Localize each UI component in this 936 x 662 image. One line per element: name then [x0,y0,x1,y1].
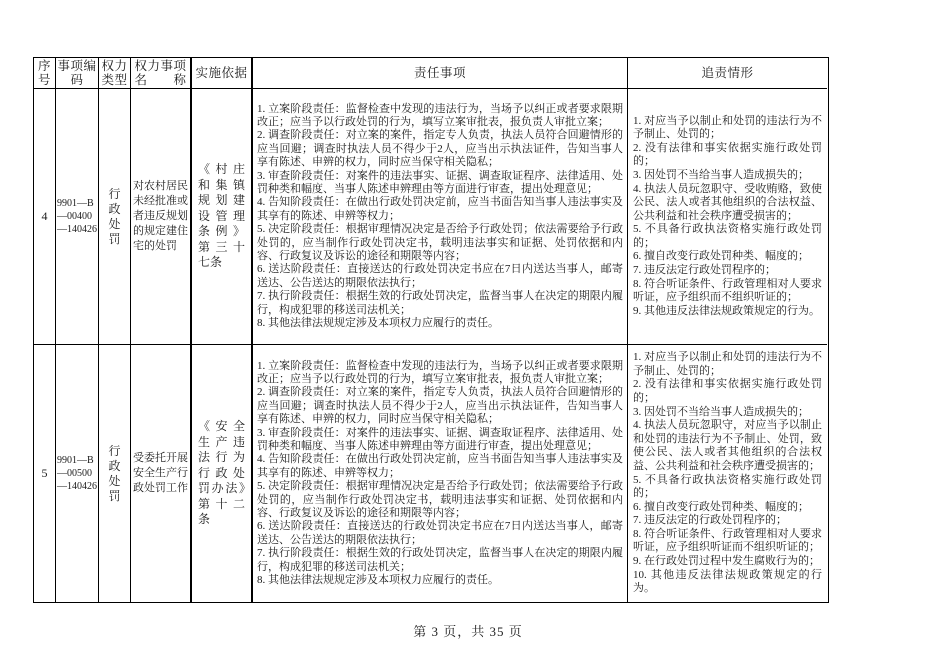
header-responsibility-items: 责任事项 [253,58,628,89]
accountability-situations-text: 1. 对应当予以制止和处罚的违法行为不予制止、处罚的； 2. 没有法律和事实依据… [628,115,827,319]
table-row-4-duties: 1. 立案阶段责任：监督检查中发现的违法行为，当场予以纠正或者要求限期改正；应当… [253,89,628,345]
header-power-type: 权力类型 [99,58,131,89]
header-power-item-name: 权力事项 名 称 [131,58,192,89]
power-type: 行政处罚 [99,187,130,247]
header-serial-number: 序号 [34,58,56,89]
document-page: 序号 事项编码 权力类型 权力事项 名 称 实施依据 责任事项 追责情形 4 9… [0,0,936,662]
header-power-item-name-line1: 权力事项 [133,59,188,73]
serial-number: 4 [42,209,48,224]
item-code: 9901—B —00500 —140426 [57,454,97,493]
responsibility-items-text: 1. 立案阶段责任：监督检查中发现的违法行为，当场予以纠正或者要求限期改正；应当… [253,103,627,331]
table-row-4-code: 9901—B —00400 —140426 [56,89,99,345]
table-row-5-accountability: 1. 对应当予以制止和处罚的违法行为不予制止、处罚的； 2. 没有法律和事实依据… [628,345,827,602]
table-row-5-basis: 《安全生产违法行为行政处罚办法》第十二条 [192,345,253,602]
power-item-name: 对农村居民未经批准或者违反规划的规定建住宅的处罚 [131,179,190,254]
responsibility-items-text: 1. 立案阶段责任：监督检查中发现的违法行为，当场予以纠正或者要求限期改正；应当… [253,360,627,588]
table-row-4-power-name: 对农村居民未经批准或者违反规划的规定建住宅的处罚 [131,89,192,345]
page-number-footer: 第 3 页，共 35 页 [0,621,936,640]
header-responsibility-items-label: 责任事项 [414,66,466,80]
serial-number: 5 [42,466,48,481]
header-item-code: 事项编码 [56,58,99,89]
power-responsibility-table: 序号 事项编码 权力类型 权力事项 名 称 实施依据 责任事项 追责情形 4 9… [33,57,829,603]
implementation-basis: 《安全生产违法行为行政处罚办法》第十二条 [192,419,251,528]
header-implementation-basis: 实施依据 [192,58,253,89]
implementation-basis: 《村庄和集镇规划建设管理条例》第三十七条 [192,162,251,271]
header-power-item-name-line2: 名 称 [133,73,188,87]
table-row-5-serial: 5 [34,345,56,602]
power-type: 行政处罚 [99,444,130,504]
header-accountability-situations: 追责情形 [628,58,827,89]
header-power-type-label: 权力类型 [99,59,130,87]
header-item-code-label: 事项编码 [56,59,98,87]
table-row-4-accountability: 1. 对应当予以制止和处罚的违法行为不予制止、处罚的； 2. 没有法律和事实依据… [628,89,827,345]
table-row-4-power-type: 行政处罚 [99,89,131,345]
table-row-5-code: 9901—B —00500 —140426 [56,345,99,602]
table-row-5-duties: 1. 立案阶段责任：监督检查中发现的违法行为，当场予以纠正或者要求限期改正；应当… [253,345,628,602]
power-item-name: 受委托开展安全生产行政处罚工作 [131,451,190,496]
table-row-5-power-type: 行政处罚 [99,345,131,602]
accountability-situations-text: 1. 对应当予以制止和处罚的违法行为不予制止、处罚的； 2. 没有法律和事实依据… [628,351,827,596]
item-code: 9901—B —00400 —140426 [57,197,97,236]
header-serial-number-label: 序号 [34,59,55,87]
table-row-5-power-name: 受委托开展安全生产行政处罚工作 [131,345,192,602]
header-accountability-situations-label: 追责情形 [701,66,753,80]
header-implementation-basis-label: 实施依据 [195,66,247,80]
table-row-4-serial: 4 [34,89,56,345]
table-row-4-basis: 《村庄和集镇规划建设管理条例》第三十七条 [192,89,253,345]
